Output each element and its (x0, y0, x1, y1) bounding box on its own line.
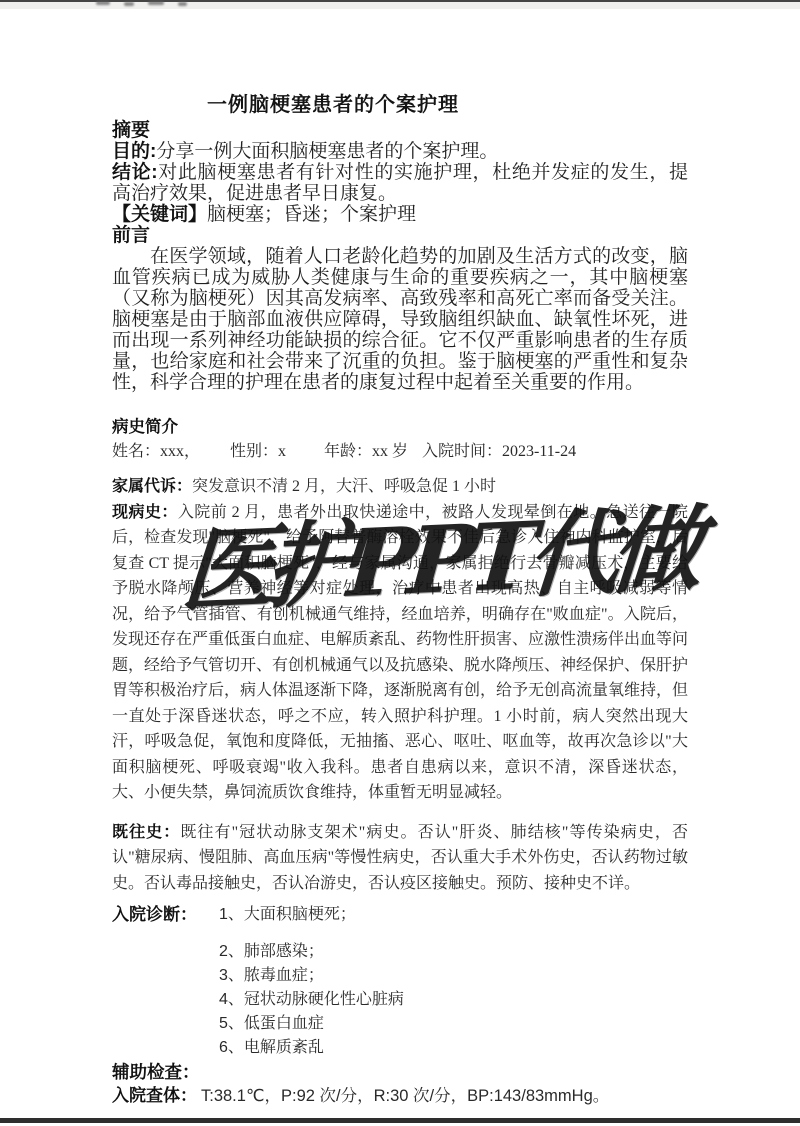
spacer (112, 465, 688, 474)
top-page-edge-band (0, 2, 800, 9)
cutoff-text-fragment (124, 2, 134, 6)
admission-diagnosis-label: 入院诊断： (112, 903, 219, 1060)
diagnosis-item: 2、肺部感染； (219, 940, 688, 964)
present-illness-paragraph: 现病史：入院前 2 月，患者外出取快递途中，被路人发现晕倒在地。急送往一院后，检… (112, 500, 688, 806)
present-illness-label: 现病史： (112, 504, 178, 521)
spacer (112, 806, 688, 820)
diagnosis-list: 1、大面积脑梗死； 2、肺部感染； 3、脓毒血症； 4、冠状动脉硬化性心脏病 5… (219, 903, 688, 1060)
cutoff-text-fragment (178, 2, 187, 6)
diagnosis-item: 3、脓毒血症； (219, 964, 688, 988)
past-history-text: 既往有"冠状动脉支架术"病史。否认"肝炎、肺结核"等传染病史，否认"糖尿病、慢阻… (112, 824, 688, 892)
preface-heading: 前言 (112, 225, 688, 246)
conclusion-text: 对此脑梗塞患者有针对性的实施护理，杜绝并发症的发生，提高治疗效果，促进患者早日康… (112, 162, 688, 204)
diagnosis-item: 6、电解质紊乱 (219, 1036, 688, 1060)
admission-exam-line: 入院查体：T:38.1℃，P:92 次/分，R:30 次/分，BP:143/83… (112, 1084, 688, 1109)
family-complaint-label: 家属代诉： (112, 478, 192, 495)
past-history-label: 既往史： (112, 824, 180, 841)
history-heading: 病史简介 (112, 415, 688, 439)
bottom-page-edge (0, 1118, 800, 1123)
history-section: 病史简介 姓名：xxx，性别：x年龄：xx 岁入院时间：2023-11-24 家… (112, 415, 688, 1109)
patient-name-field: 姓名：xxx， (112, 443, 200, 460)
cutoff-text-fragment (96, 1, 110, 5)
admission-date-field: 入院时间：2023-11-24 (422, 443, 576, 460)
present-illness-text: 入院前 2 月，患者外出取快递途中，被路人发现晕倒在地。急送往一院后，检查发现"… (112, 504, 688, 802)
admission-vital-signs: T:38.1℃，P:92 次/分，R:30 次/分，BP:143/83mmHg。 (201, 1087, 609, 1105)
diagnosis-item: 1、大面积脑梗死； (219, 903, 688, 927)
patient-info-line: 姓名：xxx，性别：x年龄：xx 岁入院时间：2023-11-24 (112, 439, 688, 465)
past-history-paragraph: 既往史：既往有"冠状动脉支架术"病史。否认"肝炎、肺结核"等传染病史，否认"糖尿… (112, 820, 688, 897)
conclusion-line: 结论:对此脑梗塞患者有针对性的实施护理，杜绝并发症的发生，提高治疗效果，促进患者… (112, 162, 688, 204)
family-complaint-line: 家属代诉：突发意识不清 2 月，大汗、呼吸急促 1 小时 (112, 474, 688, 500)
keywords-label: 【关键词】 (112, 204, 207, 225)
cutoff-text-fragment (148, 1, 164, 5)
admission-exam-label: 入院查体： (112, 1086, 197, 1105)
preface-paragraph: 在医学领域，随着人口老龄化趋势的加剧及生活方式的改变，脑血管疾病已成为威胁人类健… (112, 246, 688, 393)
diagnosis-item: 5、低蛋白血症 (219, 1012, 688, 1036)
conclusion-label: 结论: (112, 162, 158, 183)
auxiliary-exam-heading: 辅助检查： (112, 1060, 688, 1084)
keywords-line: 【关键词】脑梗塞；昏迷；个案护理 (112, 204, 688, 225)
purpose-line: 目的:分享一例大面积脑梗塞患者的个案护理。 (112, 141, 688, 162)
admission-diagnosis-block: 入院诊断： 1、大面积脑梗死； 2、肺部感染； 3、脓毒血症； 4、冠状动脉硬化… (112, 903, 688, 1060)
family-complaint-text: 突发意识不清 2 月，大汗、呼吸急促 1 小时 (192, 478, 496, 495)
purpose-label: 目的: (112, 141, 156, 162)
purpose-text: 分享一例大面积脑梗塞患者的个案护理。 (156, 141, 498, 162)
document-page: 一例脑梗塞患者的个案护理 摘要 目的:分享一例大面积脑梗塞患者的个案护理。 结论… (0, 0, 800, 1126)
keywords-text: 脑梗塞；昏迷；个案护理 (207, 204, 416, 225)
abstract-heading: 摘要 (112, 120, 688, 141)
patient-gender-field: 性别：x (230, 443, 286, 460)
patient-age-field: 年龄：xx 岁 (324, 443, 408, 460)
page-title: 一例脑梗塞患者的个案护理 (112, 92, 688, 118)
diagnosis-item: 4、冠状动脉硬化性心脏病 (219, 988, 688, 1012)
abstract-section: 摘要 目的:分享一例大面积脑梗塞患者的个案护理。 结论:对此脑梗塞患者有针对性的… (112, 120, 688, 393)
document-content: 一例脑梗塞患者的个案护理 摘要 目的:分享一例大面积脑梗塞患者的个案护理。 结论… (112, 92, 688, 1109)
